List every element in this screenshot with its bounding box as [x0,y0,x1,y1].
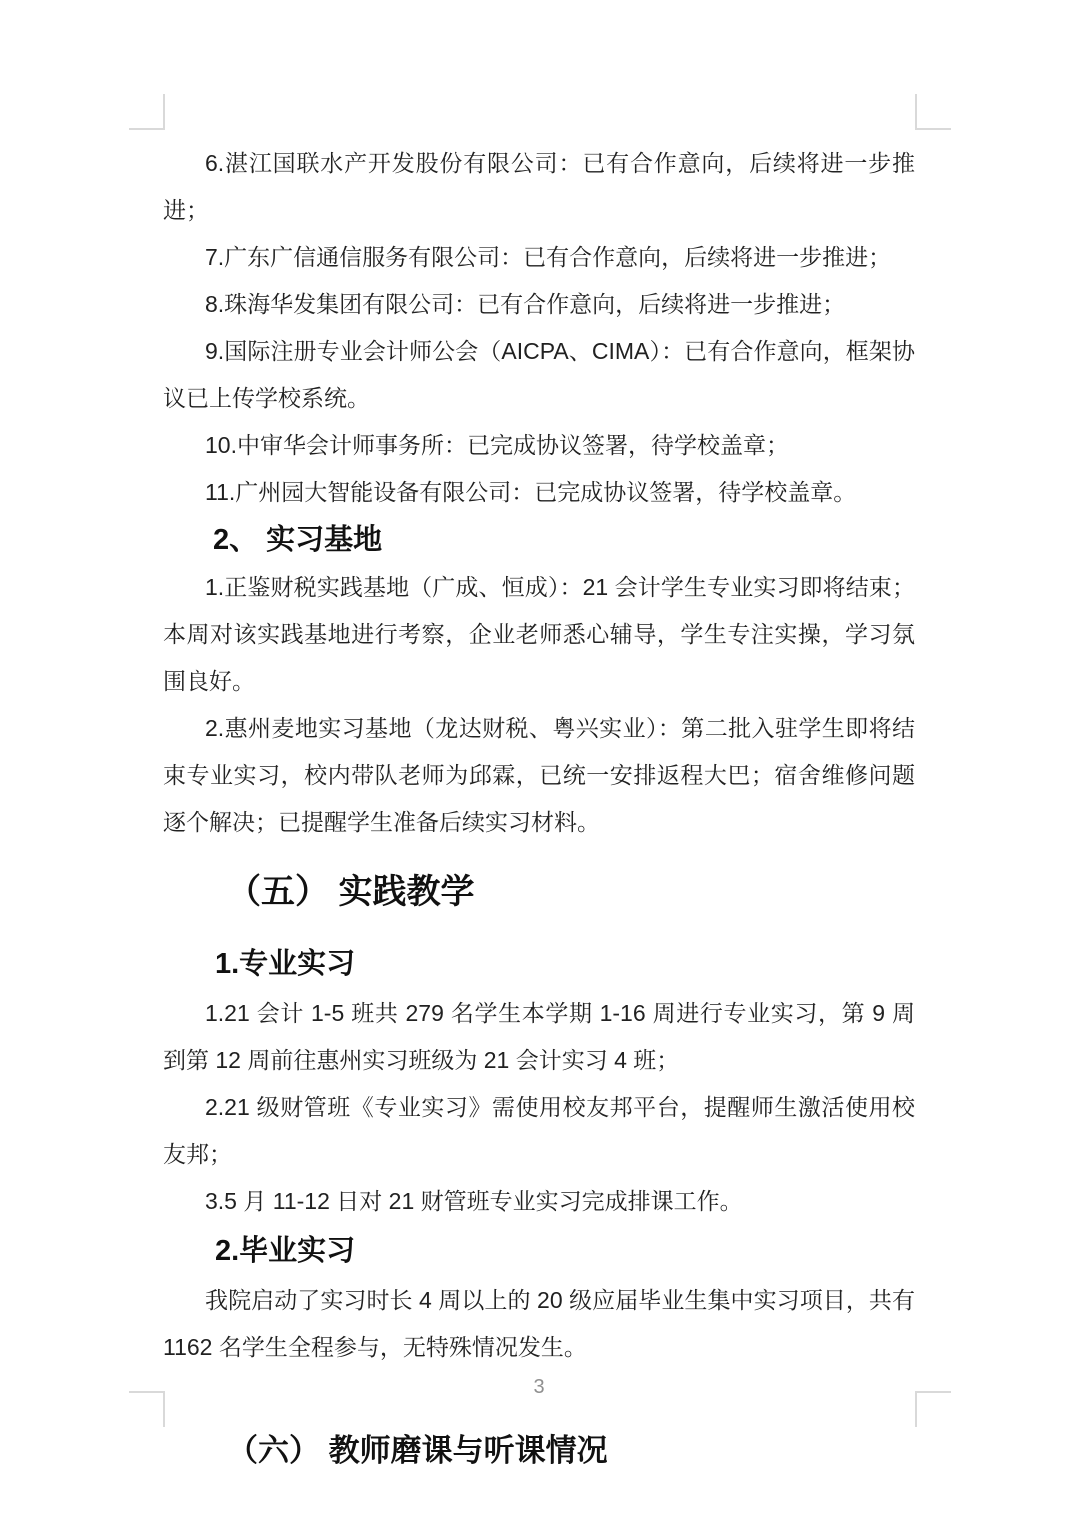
paragraph-base-huizhou-maidi: 2.惠州麦地实习基地（龙达财税、粤兴实业）：第二批入驻学生即将结束专业实习，校内… [163,705,915,846]
paragraph-partner-9: 9.国际注册专业会计师公会（AICPA、CIMA）：已有合作意向，框架协议已上传… [163,328,915,422]
crop-mark-bottom-left [129,1391,165,1427]
paragraph-scheduling-done: 3.5 月 11-12 日对 21 财管班专业实习完成排课工作。 [163,1178,915,1225]
paragraph-partner-10: 10.中审华会计师事务所：已完成协议签署，待学校盖章； [163,422,915,469]
paragraph-partner-11: 11.广州园大智能设备有限公司：已完成协议签署，待学校盖章。 [163,469,915,516]
crop-mark-top-right [915,94,951,130]
document-body: 6.湛江国联水产开发股份有限公司：已有合作意向，后续将进一步推进； 7.广东广信… [163,140,915,1479]
paragraph-partner-7: 7.广东广信通信服务有限公司：已有合作意向，后续将进一步推进； [163,234,915,281]
crop-mark-top-left [129,94,165,130]
paragraph-partner-6: 6.湛江国联水产开发股份有限公司：已有合作意向，后续将进一步推进； [163,140,915,234]
heading-professional-internship: 1.专业实习 [163,938,915,990]
paragraph-base-zhengjian: 1.正鉴财税实践基地（广成、恒成）：21 会计学生专业实习即将结束；本周对该实践… [163,564,915,705]
heading-graduation-internship: 2.毕业实习 [163,1225,915,1277]
paragraph-xiaoyoubang-platform: 2.21 级财管班《专业实习》需使用校友邦平台，提醒师生激活使用校友邦； [163,1084,915,1178]
paragraph-partner-8: 8.珠海华发集团有限公司：已有合作意向，后续将进一步推进； [163,281,915,328]
heading-teacher-lesson-observation: （六） 教师磨课与听课情况 [163,1423,915,1479]
paragraph-internship-classes: 1.21 会计 1-5 班共 279 名学生本学期 1-16 周进行专业实习，第… [163,990,915,1084]
heading-internship-bases: 2、 实习基地 [163,516,915,564]
heading-practical-teaching: （五） 实践教学 [163,862,915,922]
document-page: 6.湛江国联水产开发股份有限公司：已有合作意向，后续将进一步推进； 7.广东广信… [0,0,1080,1518]
page-number: 3 [163,1372,915,1402]
paragraph-graduation-project: 我院启动了实习时长 4 周以上的 20 级应届毕业生集中实习项目，共有 1162… [163,1277,915,1371]
crop-mark-bottom-right [915,1391,951,1427]
